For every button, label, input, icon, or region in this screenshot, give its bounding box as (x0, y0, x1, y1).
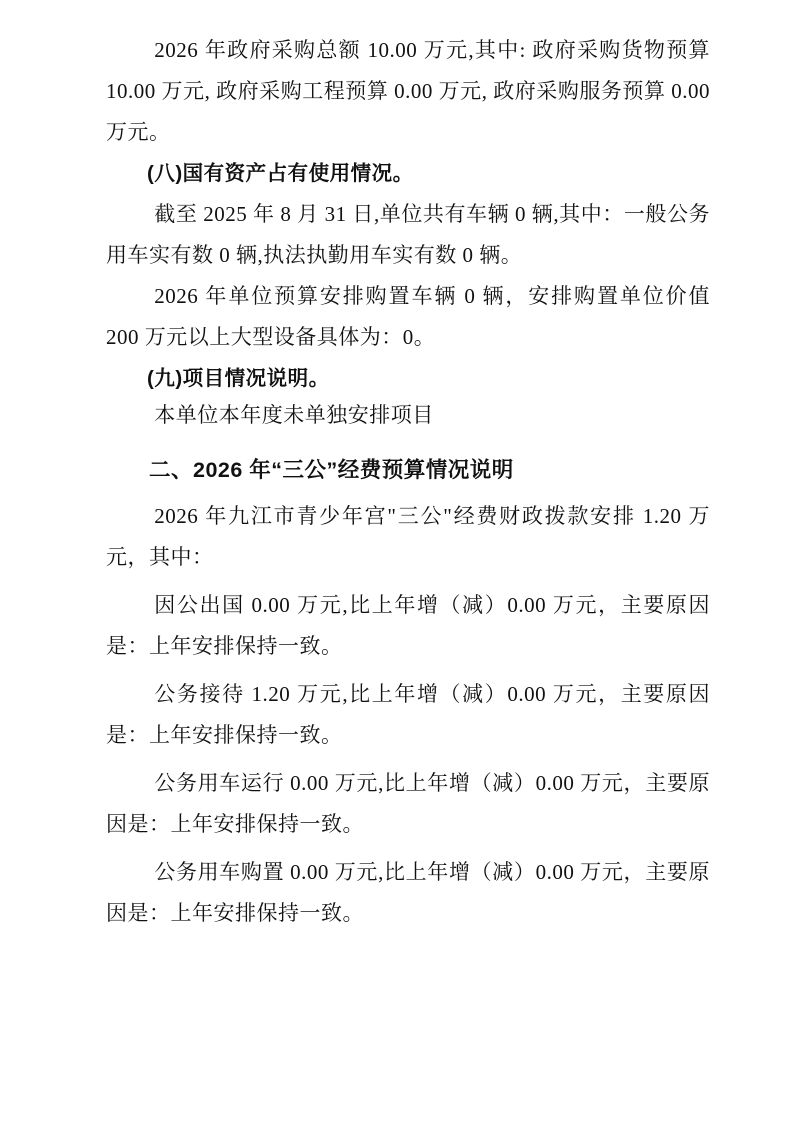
paragraph-overseas-trips: 因公出国 0.00 万元,比上年增（减）0.00 万元，主要原因是：上年安排保持… (106, 585, 710, 667)
paragraph-official-vehicle-operation: 公务用车运行 0.00 万元,比上年增（减）0.00 万元，主要原因是：上年安排… (106, 763, 710, 845)
paragraph-vehicle-purchase-plan: 2026 年单位预算安排购置车辆 0 辆，安排购置单位价值 200 万元以上大型… (106, 276, 710, 358)
heading-project-situation: (九)项目情况说明。 (106, 358, 710, 399)
document-page: 2026 年政府采购总额 10.00 万元,其中: 政府采购货物预算 10.00… (0, 0, 800, 1131)
paragraph-official-reception: 公务接待 1.20 万元,比上年增（减）0.00 万元，主要原因是：上年安排保持… (106, 674, 710, 756)
paragraph-official-vehicle-acquisition: 公务用车购置 0.00 万元,比上年增（减）0.00 万元，主要原因是：上年安排… (106, 852, 710, 934)
paragraph-government-procurement-total: 2026 年政府采购总额 10.00 万元,其中: 政府采购货物预算 10.00… (106, 30, 710, 153)
heading-state-assets-usage: (八)国有资产占有使用情况。 (106, 153, 710, 194)
paragraph-vehicles-owned: 截至 2025 年 8 月 31 日,单位共有车辆 0 辆,其中：一般公务用车实… (106, 194, 710, 276)
paragraph-project-note: 本单位本年度未单独安排项目 (106, 399, 710, 432)
heading-three-public-funds-budget: 二、2026 年“三公”经费预算情况说明 (106, 450, 710, 491)
paragraph-three-public-funds-total: 2026 年九江市青少年宫"三公"经费财政拨款安排 1.20 万元，其中： (106, 496, 710, 578)
